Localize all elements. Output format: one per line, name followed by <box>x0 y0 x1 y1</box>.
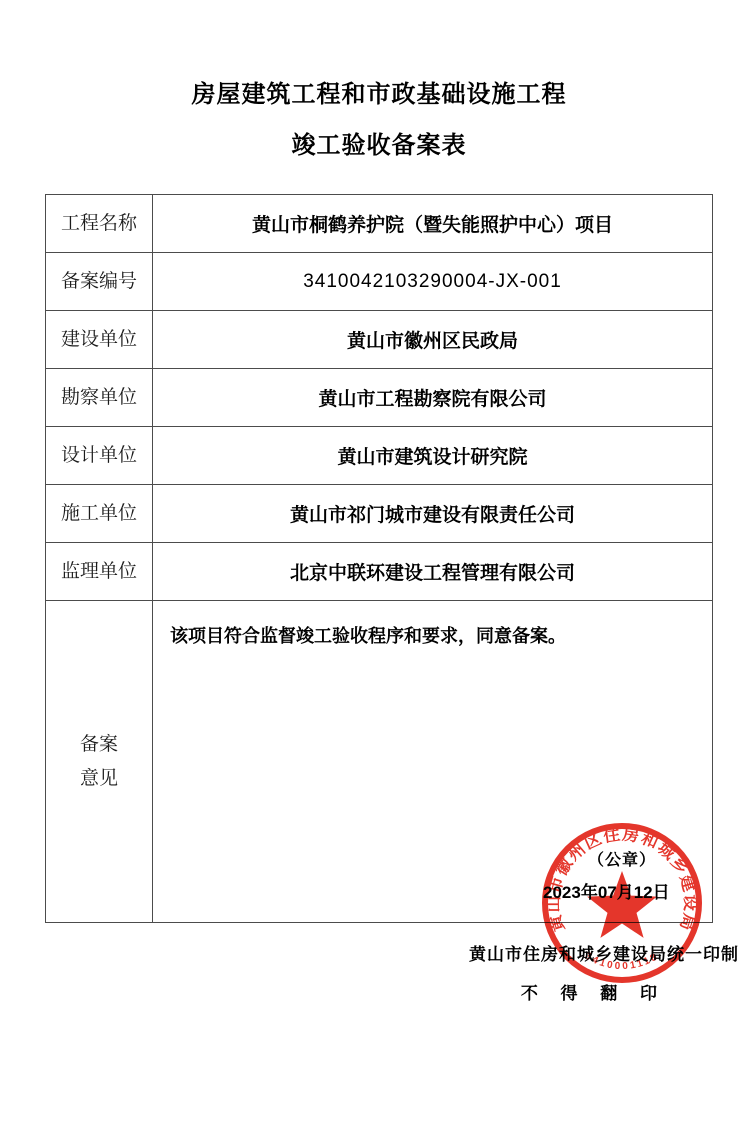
form-row-construction-unit: 建设单位 黄山市徽州区民政局 <box>46 311 712 369</box>
label-builder-unit: 施工单位 <box>46 485 153 542</box>
document-page: 房屋建筑工程和市政基础设施工程 竣工验收备案表 工程名称 黄山市桐鹤养护院（暨失… <box>0 0 756 1134</box>
doc-title-line1: 房屋建筑工程和市政基础设施工程 <box>45 78 713 112</box>
form-row-supervision-unit: 监理单位 北京中联环建设工程管理有限公司 <box>46 543 712 601</box>
form-row-project-name: 工程名称 黄山市桐鹤养护院（暨失能照护中心）项目 <box>46 195 712 253</box>
label-record-number: 备案编号 <box>46 253 153 310</box>
doc-title: 房屋建筑工程和市政基础设施工程 竣工验收备案表 <box>45 78 713 163</box>
value-design-unit: 黄山市建筑设计研究院 <box>153 427 712 484</box>
value-builder-unit: 黄山市祁门城市建设有限责任公司 <box>153 485 712 542</box>
official-seal: 黄山市徽州区住房和城乡建设局 3410001118 <box>537 818 707 988</box>
doc-title-line2: 竣工验收备案表 <box>45 129 713 163</box>
form-row-design-unit: 设计单位 黄山市建筑设计研究院 <box>46 427 712 485</box>
seal-star-icon <box>587 871 657 938</box>
form-row-builder-unit: 施工单位 黄山市祁门城市建设有限责任公司 <box>46 485 712 543</box>
label-filing-opinion: 备案 意见 <box>46 601 153 922</box>
form-row-record-number: 备案编号 3410042103290004-JX-001 <box>46 253 712 311</box>
label-supervision-unit: 监理单位 <box>46 543 153 600</box>
form-row-survey-unit: 勘察单位 黄山市工程勘察院有限公司 <box>46 369 712 427</box>
filing-opinion-text: 该项目符合监督竣工验收程序和要求，同意备案。 <box>170 622 698 648</box>
label-filing-opinion-line1: 备案 <box>80 728 118 762</box>
seal-code: 3410001118 <box>583 951 661 973</box>
value-supervision-unit: 北京中联环建设工程管理有限公司 <box>153 543 712 600</box>
label-filing-opinion-line2: 意见 <box>80 762 118 796</box>
value-survey-unit: 黄山市工程勘察院有限公司 <box>153 369 712 426</box>
label-survey-unit: 勘察单位 <box>46 369 153 426</box>
label-design-unit: 设计单位 <box>46 427 153 484</box>
value-record-number: 3410042103290004-JX-001 <box>153 253 712 310</box>
label-project-name: 工程名称 <box>46 195 153 252</box>
value-project-name: 黄山市桐鹤养护院（暨失能照护中心）项目 <box>153 195 712 252</box>
value-construction-unit: 黄山市徽州区民政局 <box>153 311 712 368</box>
label-construction-unit: 建设单位 <box>46 311 153 368</box>
filing-form-table: 工程名称 黄山市桐鹤养护院（暨失能照护中心）项目 备案编号 3410042103… <box>45 194 713 923</box>
